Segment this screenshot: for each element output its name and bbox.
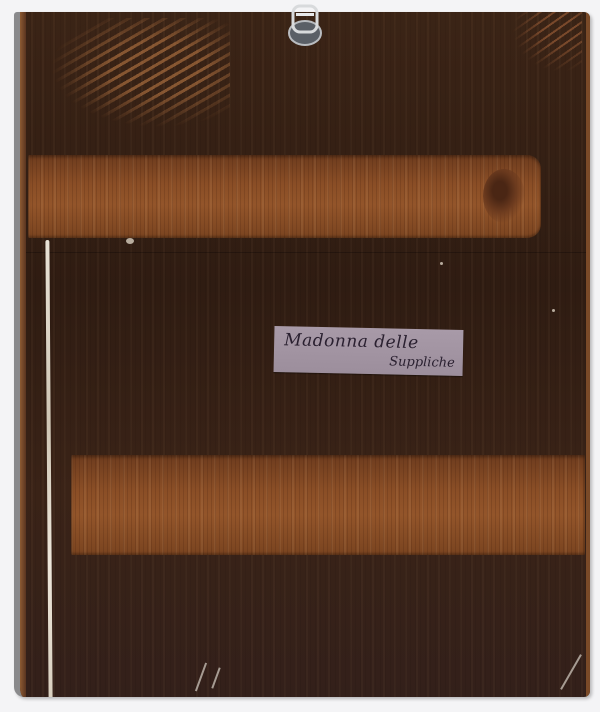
plank-seam	[26, 252, 586, 253]
paint-speck	[126, 238, 134, 244]
paper-label: Madonna delle Suppliche	[274, 326, 464, 376]
scratch-mark	[195, 663, 207, 692]
panel-left-edge	[20, 12, 26, 697]
scratch-mark	[211, 667, 220, 688]
label-line-1: Madonna delle	[284, 332, 419, 352]
label-line-2: Suppliche	[389, 355, 455, 369]
lower-batten	[71, 455, 585, 555]
hanging-hook-icon	[287, 3, 323, 47]
paint-speck	[552, 309, 555, 312]
worn-paint-area-top-right	[512, 12, 582, 72]
paint-speck	[440, 262, 443, 265]
white-filled-crack	[45, 240, 52, 697]
upper-batten	[28, 155, 541, 238]
worn-paint-area-top-left	[50, 18, 230, 128]
wood-knot	[483, 169, 525, 223]
panel-right-edge	[586, 12, 590, 697]
scratch-mark	[560, 654, 582, 690]
